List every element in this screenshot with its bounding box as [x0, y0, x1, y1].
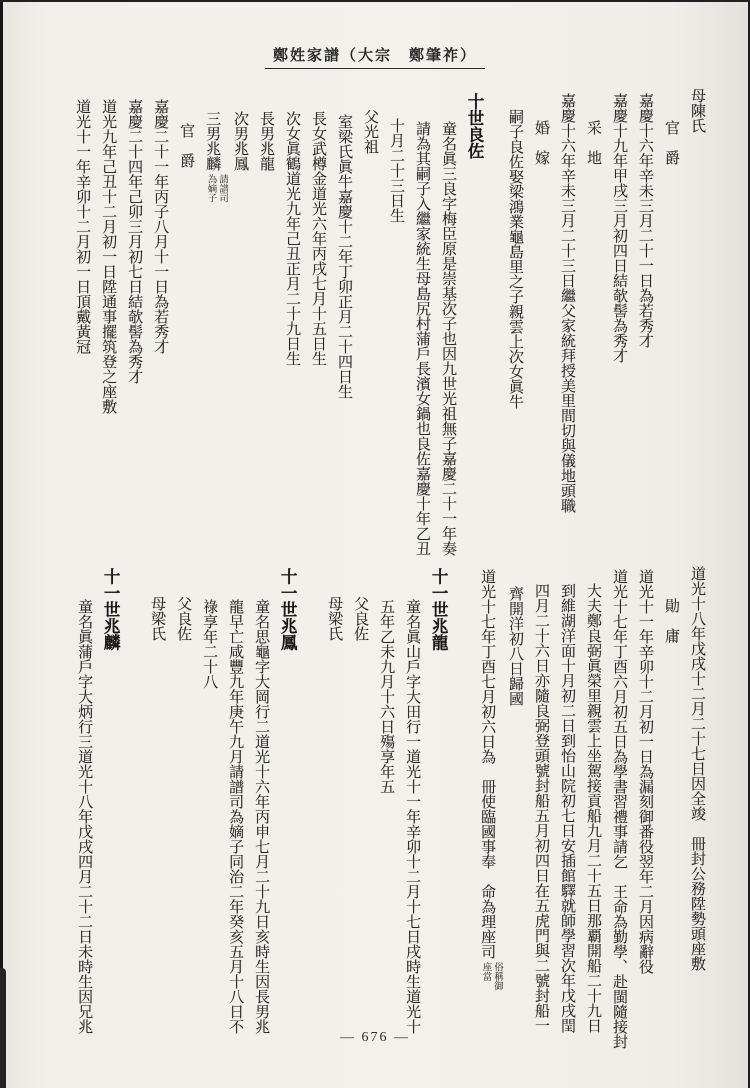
column-text: 童名眞蒲戶字大炳行三道光十八年戊戌四月二十二日未時生因兄兆 — [76, 599, 92, 1034]
column-text: 五年乙未九月十六日殤享年五 — [378, 599, 394, 794]
genealogy-text-column: 母梁氏 — [144, 563, 170, 1043]
column-text: 四月二十六日亦隨良弼登頭號封船五月初四日在五虎門與二號封船一 — [533, 583, 549, 1033]
genealogy-text-column: 道光十七年丁酉七月初六日為 冊使臨國事奉 命為理座司俗稱御座當 — [474, 563, 502, 1043]
column-text: 道光九年己丑十二月初一日陞通事擺筑登之座敷 — [100, 99, 116, 414]
scan-edge-left — [0, 0, 3, 1088]
column-text: 嘉慶二十一年丙子八月十一日為若秀才 — [152, 99, 168, 354]
generation-11-section: 道光十八年戊戌十二月二十七日因全竣 冊封公務陞勢頭座敷勛 庸道光十一年辛卯十二月… — [71, 563, 710, 1043]
column-text: 道光十八年戊戌十二月二十七日因全竣 冊封公務陞勢頭座敷 — [689, 566, 705, 971]
genealogy-text-column: 到維湖洋面十月初二日到怡山院初七日安插館驛就師學習次年戊戌閏 — [554, 563, 580, 1043]
column-text: 道光十一年辛卯十二月初一日為漏刻御番役翌年二月因病辭役 — [637, 569, 653, 974]
genealogy-text-column: 四月二十六日亦隨良弼登頭號封船五月初四日在五虎門與二號封船一 — [528, 563, 554, 1043]
generation-heading: 十一世兆鳳 — [274, 563, 301, 1043]
category-heading: 勛 庸 — [658, 563, 684, 1043]
genealogy-text-column: 嘉慶二十四年己卯三月初七日結欹髻為秀才 — [121, 85, 147, 563]
column-text: 父良佐 — [175, 596, 191, 641]
column-text: 次女眞鶴道光九年己丑正月二十九日生 — [284, 111, 300, 366]
genealogy-text-column: 三男兆麟請譜司為嫡子 — [199, 85, 227, 563]
column-text: 嘉慶十六年辛未三月二十三日繼父家統拜授美里間切與儀地頭職 — [559, 93, 575, 513]
column-text: 長女武樽金道光六年丙戌七月十五日生 — [310, 111, 326, 366]
genealogy-text-column: 童名眞三良字梅臣原是崇基次子也因九世光祖無子嘉慶二十一年奏 — [435, 85, 461, 563]
column-text: 請為其嗣子入繼家統生母島尻村蒲戶長濱女鍋也良佐嘉慶十年乙丑 — [414, 121, 430, 556]
genealogy-text-column: 大夫鄭良弼眞榮里親雲上坐駕接貢船九月二十五日那覇開船二十九日 — [580, 563, 606, 1043]
generation-heading: 十一世兆龍 — [425, 563, 452, 1043]
column-text: 童名眞三良字梅臣原是崇基次子也因九世光祖無子嘉慶二十一年奏 — [440, 121, 456, 556]
scan-smudge — [0, 968, 6, 1088]
category-heading: 官 爵 — [658, 85, 684, 563]
genealogy-text-column: 道光十一年辛卯十二月初一日頂戴黃冠 — [69, 85, 95, 563]
genealogy-page-scan: 鄭姓家譜（大宗 鄭肇祚） 母陳氏官 爵嘉慶十六年辛未三月二十一日為若秀才嘉慶十九… — [0, 0, 750, 1088]
column-text: 父良佐 — [352, 596, 368, 641]
column-text: 十一世兆龍 — [429, 568, 448, 651]
column-text: 十一世兆麟 — [101, 568, 120, 651]
genealogy-text-column: 五年乙未九月十六日殤享年五 — [373, 563, 399, 1043]
column-text: 嗣子良佐娶梁鴻業龜島里之子親雲上次女眞牛 — [507, 109, 523, 409]
column-text: 母陳氏 — [689, 88, 705, 133]
genealogy-text-column: 嗣子良佐娶梁鴻業龜島里之子親雲上次女眞牛 — [502, 85, 528, 563]
genealogy-text-column: 齊開洋初八日歸國 — [502, 563, 528, 1043]
column-text: 道光十七年丁酉七月初六日為 冊使臨國事奉 命為理座司 — [479, 569, 495, 959]
column-text: 嘉慶十九年甲戌三月初四日結欹髻為秀才 — [611, 93, 627, 363]
scan-edge-top — [0, 0, 750, 2]
genealogy-text-column: 道光十七年丁酉六月初五日為學書習禮事請乞 王命為勤學、赴閩隨接封 — [606, 563, 632, 1043]
genealogy-text-column: 道光九年己丑十二月初一日陞通事擺筑登之座敷 — [95, 85, 121, 563]
genealogy-text-column: 嘉慶十六年辛未三月二十三日繼父家統拜授美里間切與儀地頭職 — [554, 85, 580, 563]
column-text: 十一世兆鳳 — [278, 568, 297, 651]
column-text: 母梁氏 — [326, 596, 342, 641]
genealogy-text-column: 長女武樽金道光六年丙戌七月十五日生 — [305, 85, 331, 563]
page-number: — 676 — — [0, 1030, 750, 1046]
column-text: 龍早亡咸豐九年庚午九月請譜司為嫡子同治二年癸亥五月十八日不 — [227, 599, 243, 1034]
column-text: 官 爵 — [663, 120, 679, 165]
column-text: 婚 嫁 — [533, 120, 549, 165]
column-text: 童名思龜字大岡行二道光十六年丙申七月二十九日亥時生因長男兆 — [253, 599, 269, 1034]
genealogy-text-column: 次女眞鶴道光九年己丑正月二十九日生 — [279, 85, 305, 563]
generation-10-section: 母陳氏官 爵嘉慶十六年辛未三月二十一日為若秀才嘉慶十九年甲戌三月初四日結欹髻為秀… — [69, 85, 710, 563]
column-text: 母梁氏 — [149, 596, 165, 641]
column-text: 采 地 — [585, 120, 601, 165]
small-annotation: 俗稱御座當 — [479, 962, 502, 991]
genealogy-text-column: 童名眞山戶字大田行一道光十一年辛卯十二月十七日戌時生道光十 — [399, 563, 425, 1043]
category-heading: 官 爵 — [173, 85, 199, 563]
genealogy-text-column: 長男兆龍 — [253, 85, 279, 563]
document-header: 鄭姓家譜（大宗 鄭肇祚） — [0, 44, 750, 69]
column-text: 童名眞山戶字大田行一道光十一年辛卯十二月十七日戌時生道光十 — [404, 599, 420, 1034]
genealogy-text-column: 祿享年二十八 — [196, 563, 222, 1043]
genealogy-text-column: 道光十一年辛卯十二月初一日為漏刻御番役翌年二月因病辭役 — [632, 563, 658, 1043]
genealogy-text-column: 嘉慶二十一年丙子八月十一日為若秀才 — [147, 85, 173, 563]
column-text: 道光十一年辛卯十二月初一日頂戴黃冠 — [74, 99, 90, 354]
genealogy-text-column: 父良佐 — [347, 563, 373, 1043]
category-heading: 采 地 — [580, 85, 606, 563]
column-text: 勛 庸 — [663, 598, 679, 643]
genealogy-text-column: 童名眞蒲戶字大炳行三道光十八年戊戌四月二十二日未時生因兄兆 — [71, 563, 97, 1043]
column-text: 嘉慶二十四年己卯三月初七日結欹髻為秀才 — [126, 99, 142, 384]
column-text: 祿享年二十八 — [201, 599, 217, 689]
genealogy-text-column: 龍早亡咸豐九年庚午九月請譜司為嫡子同治二年癸亥五月十八日不 — [222, 563, 248, 1043]
column-text: 十世良佐 — [465, 93, 484, 159]
column-text: 道光十七年丁酉六月初五日為學書習禮事請乞 王命為勤學、赴閩隨接封 — [611, 569, 627, 1049]
column-text: 嘉慶十六年辛未三月二十一日為若秀才 — [637, 93, 653, 348]
column-text: 室梁氏眞牛嘉慶十二年丁卯正月二十四日生 — [336, 114, 352, 399]
small-annotation: 請譜司為嫡子 — [204, 174, 227, 203]
column-text: 齊開洋初八日歸國 — [507, 586, 523, 706]
genealogy-text-column: 道光十八年戊戌十二月二十七日因全竣 冊封公務陞勢頭座敷 — [684, 563, 710, 1043]
column-text: 官 爵 — [178, 123, 194, 168]
genealogy-text-column: 十月二十三日生 — [383, 85, 409, 563]
genealogy-text-column: 母陳氏 — [684, 85, 710, 563]
column-text: 到維湖洋面十月初二日到怡山院初七日安插館驛就師學習次年戊戌閏 — [559, 583, 575, 1033]
column-text: 次男兆鳳 — [232, 111, 248, 171]
genealogy-text-column: 父光祖 — [357, 85, 383, 563]
document-title: 鄭姓家譜（大宗 鄭肇祚） — [265, 44, 485, 69]
genealogy-text-column: 室梁氏眞牛嘉慶十二年丁卯正月二十四日生 — [331, 85, 357, 563]
column-text: 大夫鄭良弼眞榮里親雲上坐駕接貢船九月二十五日那覇開船二十九日 — [585, 583, 601, 1033]
generation-heading: 十一世兆麟 — [97, 563, 124, 1043]
genealogy-text-column: 次男兆鳳 — [227, 85, 253, 563]
genealogy-text-column: 母梁氏 — [321, 563, 347, 1043]
column-text: 父光祖 — [362, 109, 378, 154]
genealogy-text-column: 嘉慶十六年辛未三月二十一日為若秀才 — [632, 85, 658, 563]
genealogy-text-column: 父良佐 — [170, 563, 196, 1043]
generation-heading: 十世良佐 — [461, 85, 488, 563]
genealogy-text-column: 請為其嗣子入繼家統生母島尻村蒲戶長濱女鍋也良佐嘉慶十年乙丑 — [409, 85, 435, 563]
category-heading: 婚 嫁 — [528, 85, 554, 563]
column-text: 三男兆麟 — [204, 111, 220, 171]
column-text: 長男兆龍 — [258, 111, 274, 171]
genealogy-text-column: 嘉慶十九年甲戌三月初四日結欹髻為秀才 — [606, 85, 632, 563]
column-text: 十月二十三日生 — [388, 118, 404, 223]
genealogy-text-column: 童名思龜字大岡行二道光十六年丙申七月二十九日亥時生因長男兆 — [248, 563, 274, 1043]
